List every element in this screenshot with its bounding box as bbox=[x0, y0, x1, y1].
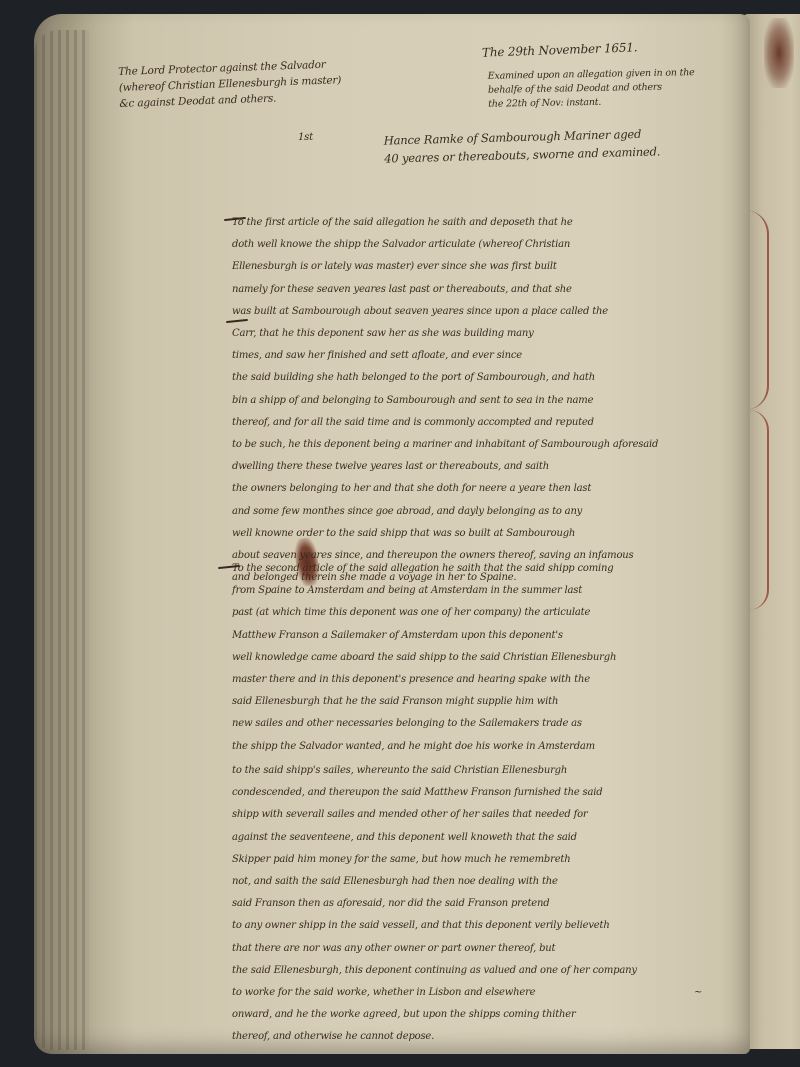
text-line: doth well knowe the shipp the Salvador a… bbox=[232, 234, 658, 256]
text-line: to worke for the said worke, whether in … bbox=[232, 982, 637, 1004]
text-line: well knowledge came aboard the said ship… bbox=[232, 647, 616, 669]
article-first: To the first article of the said allegat… bbox=[232, 212, 658, 589]
text-line: not, and saith the said Ellenesburgh had… bbox=[232, 871, 637, 893]
text-line: master there and in this deponent's pres… bbox=[232, 669, 616, 691]
text-line: Ellenesburgh is or lately was master) ev… bbox=[232, 256, 658, 278]
text-line: To the first article of the said allegat… bbox=[232, 212, 658, 234]
folio-mark: 1st bbox=[298, 133, 313, 143]
text-line: past (at which time this deponent was on… bbox=[232, 602, 616, 624]
text-line: well knowne order to the said shipp that… bbox=[232, 523, 658, 545]
text-line: the said building she hath belonged to t… bbox=[232, 367, 658, 389]
text-line: and some few monthes since goe abroad, a… bbox=[232, 501, 658, 523]
text-line: Skipper paid him money for the same, but… bbox=[232, 849, 637, 871]
facing-page-stain bbox=[764, 18, 794, 88]
page-edge-discoloration bbox=[34, 30, 89, 1050]
text-line: against the seaventeene, and this depone… bbox=[232, 827, 637, 849]
text-line: to be such, he this deponent being a mar… bbox=[232, 434, 658, 456]
text-line: that there are nor was any other owner o… bbox=[232, 938, 637, 960]
margin-note: The Lord Protector against the Salvador … bbox=[118, 56, 342, 112]
text-line: new sailes and other necessaries belongi… bbox=[232, 713, 616, 735]
text-line: namely for these seaven yeares last past… bbox=[232, 279, 658, 301]
text-line: onward, and he the worke agreed, but upo… bbox=[232, 1004, 637, 1026]
text-line: from Spaine to Amsterdam and being at Am… bbox=[232, 580, 616, 602]
text-line: condescended, and thereupon the said Mat… bbox=[232, 782, 637, 804]
text-line: thereof, and for all the said time and i… bbox=[232, 412, 658, 434]
article-second-continued: to the said shipp's sailes, whereunto th… bbox=[232, 760, 637, 1049]
text-line: to the said shipp's sailes, whereunto th… bbox=[232, 760, 637, 782]
text-line: the shipp the Salvador wanted, and he mi… bbox=[232, 736, 616, 758]
examination-note: Examined upon an allegation given in on … bbox=[488, 66, 695, 112]
text-line: was built at Sambourough about seaven ye… bbox=[232, 301, 658, 323]
article-second: To the second article of the said allega… bbox=[232, 558, 616, 758]
text-line: bin a shipp of and belonging to Sambouro… bbox=[232, 390, 658, 412]
text-line: said Ellenesburgh that he the said Frans… bbox=[232, 691, 616, 713]
text-line: To the second article of the said allega… bbox=[232, 558, 616, 580]
text-line: the owners belonging to her and that she… bbox=[232, 478, 658, 500]
deponent-heading: Hance Ramke of Sambourough Mariner aged … bbox=[384, 124, 661, 167]
text-line: the said Ellenesburgh, this deponent con… bbox=[232, 960, 637, 982]
text-line: Matthew Franson a Sailemaker of Amsterda… bbox=[232, 625, 616, 647]
text-line: shipp with severall sailes and mended ot… bbox=[232, 804, 637, 826]
text-line: to any owner shipp in the said vessell, … bbox=[232, 915, 637, 937]
text-line: dwelling there these twelve yeares last … bbox=[232, 456, 658, 478]
text-line: times, and saw her finished and sett afl… bbox=[232, 345, 658, 367]
signature-flourish: ~ bbox=[694, 988, 702, 998]
text-line: thereof, and otherwise he cannot depose. bbox=[232, 1026, 637, 1048]
text-line: Carr, that he this deponent saw her as s… bbox=[232, 323, 658, 345]
text-line: said Franson then as aforesaid, nor did … bbox=[232, 893, 637, 915]
